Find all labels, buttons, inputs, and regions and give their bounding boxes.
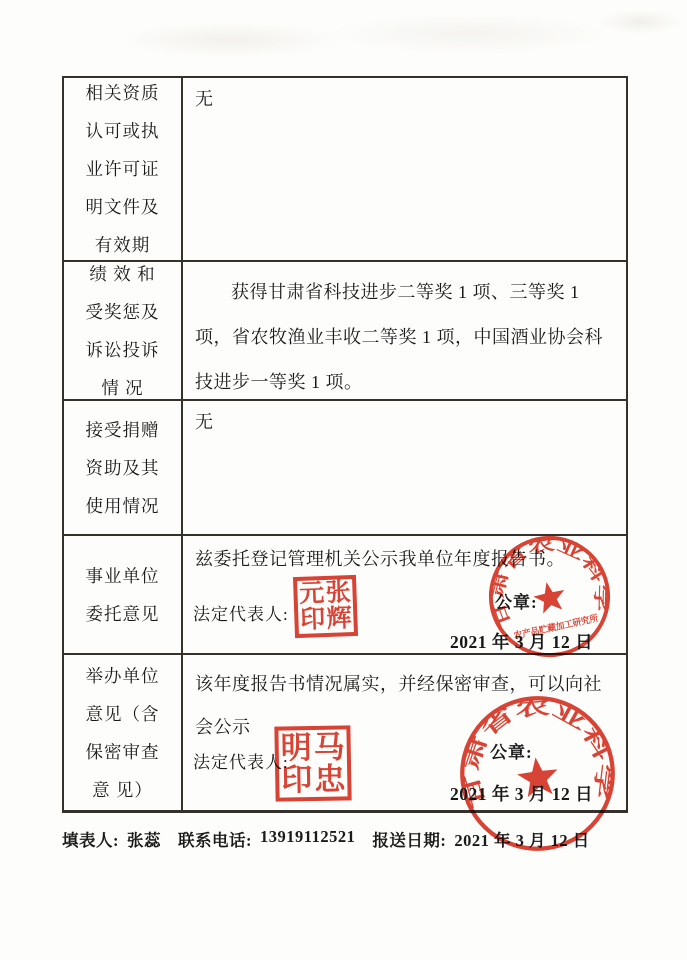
label-line: 明文件及 (86, 188, 160, 226)
label-line: 受奖惩及 (86, 293, 160, 331)
submit-date-label: 报送日期: (372, 827, 446, 851)
table-row-donations: 接受捐赠 资助及其 使用情况 无 (64, 401, 626, 536)
official-seal-label: 公章: (490, 738, 533, 763)
preparer-label: 填表人: (62, 827, 119, 851)
row-content-qualifications: 无 (183, 78, 626, 260)
label-line: 使用情况 (86, 487, 160, 525)
row-label-donations: 接受捐赠 资助及其 使用情况 (64, 401, 183, 534)
label-line: 事业单位 (86, 557, 160, 595)
label-line: 保密审查 (86, 733, 160, 771)
name-seal-stamp: 明 马 印 忠 (274, 725, 351, 801)
seal-character: 忠 (314, 764, 346, 796)
donations-value: 无 (195, 409, 612, 435)
seal-character: 张 (325, 580, 351, 606)
seal-character: 印 (300, 607, 326, 633)
seal-character: 马 (313, 731, 345, 763)
seal-character: 明 (280, 732, 312, 764)
row-content-donations: 无 (183, 401, 626, 534)
table-row-performance: 绩 效 和 受奖惩及 诉讼投诉 情 况 获得甘肃省科技进步二等奖 1 项、三等奖… (64, 262, 626, 401)
label-line: 认可或执 (86, 112, 160, 150)
phone-label: 联系电话: (178, 827, 252, 851)
official-seal-label: 公章: (495, 588, 538, 613)
label-line: 资助及其 (86, 449, 160, 487)
qualifications-value: 无 (195, 86, 612, 112)
row-label-performance: 绩 效 和 受奖惩及 诉讼投诉 情 况 (64, 262, 183, 399)
table-row-sponsor-opinion: 举办单位 意见（含 保密审查 意 见） 该年度报告书情况属实，并经保密审查，可以… (64, 655, 626, 810)
signature-date: 2021 年 3 月 12 日 (450, 629, 593, 654)
scanned-document-page: 相关资质 认可或执 业许可证 明文件及 有效期 无 绩 效 和 受奖惩及 诉讼投… (0, 0, 687, 960)
performance-text: 获得甘肃省科技进步二等奖 1 项、三等奖 1 项，省农牧渔业丰收二等奖 1 项，… (195, 270, 612, 405)
table-row-qualifications: 相关资质 认可或执 业许可证 明文件及 有效期 无 (64, 78, 626, 262)
preparer-value: 张蕊 (127, 827, 161, 851)
phone-field: 联系电话: 13919112521 (178, 827, 355, 851)
row-label-qualifications: 相关资质 认可或执 业许可证 明文件及 有效期 (64, 78, 183, 260)
label-line: 举办单位 (86, 657, 160, 695)
row-content-performance: 获得甘肃省科技进步二等奖 1 项、三等奖 1 项，省农牧渔业丰收二等奖 1 项，… (183, 262, 626, 399)
official-round-seal: 甘肃省农业科学院 (447, 683, 629, 865)
label-line: 接受捐赠 (86, 411, 160, 449)
label-line: 诉讼投诉 (86, 331, 160, 369)
label-line: 业许可证 (86, 150, 160, 188)
row-label-entrust-opinion: 事业单位 委托意见 (64, 536, 183, 653)
label-line: 绩 效 和 (89, 255, 155, 293)
label-line: 意 见） (92, 771, 153, 809)
preparer-field: 填表人: 张蕊 (62, 827, 161, 851)
label-line: 相关资质 (86, 74, 160, 112)
name-seal-stamp: 元 张 印 辉 (293, 575, 358, 638)
legal-representative-label: 法定代表人: (193, 600, 289, 625)
seal-character: 辉 (326, 606, 352, 632)
signature-date: 2021 年 3 月 12 日 (450, 781, 593, 806)
row-content-sponsor-opinion: 该年度报告书情况属实，并经保密审查，可以向社会公示 法定代表人: 明 马 印 忠… (183, 655, 626, 810)
table-row-entrust-opinion: 事业单位 委托意见 兹委托登记管理机关公示我单位年度报告书。 法定代表人: 元 … (64, 536, 626, 655)
label-line: 意见（含 (86, 695, 160, 733)
row-label-sponsor-opinion: 举办单位 意见（含 保密审查 意 见） (64, 655, 183, 810)
seal-character: 元 (299, 581, 325, 607)
label-line: 委托意见 (86, 595, 160, 633)
row-content-entrust-opinion: 兹委托登记管理机关公示我单位年度报告书。 法定代表人: 元 张 印 辉 甘肃省农… (183, 536, 626, 653)
report-table: 相关资质 认可或执 业许可证 明文件及 有效期 无 绩 效 和 受奖惩及 诉讼投… (62, 76, 628, 813)
phone-value: 13919112521 (260, 827, 355, 851)
seal-character: 印 (281, 764, 313, 796)
